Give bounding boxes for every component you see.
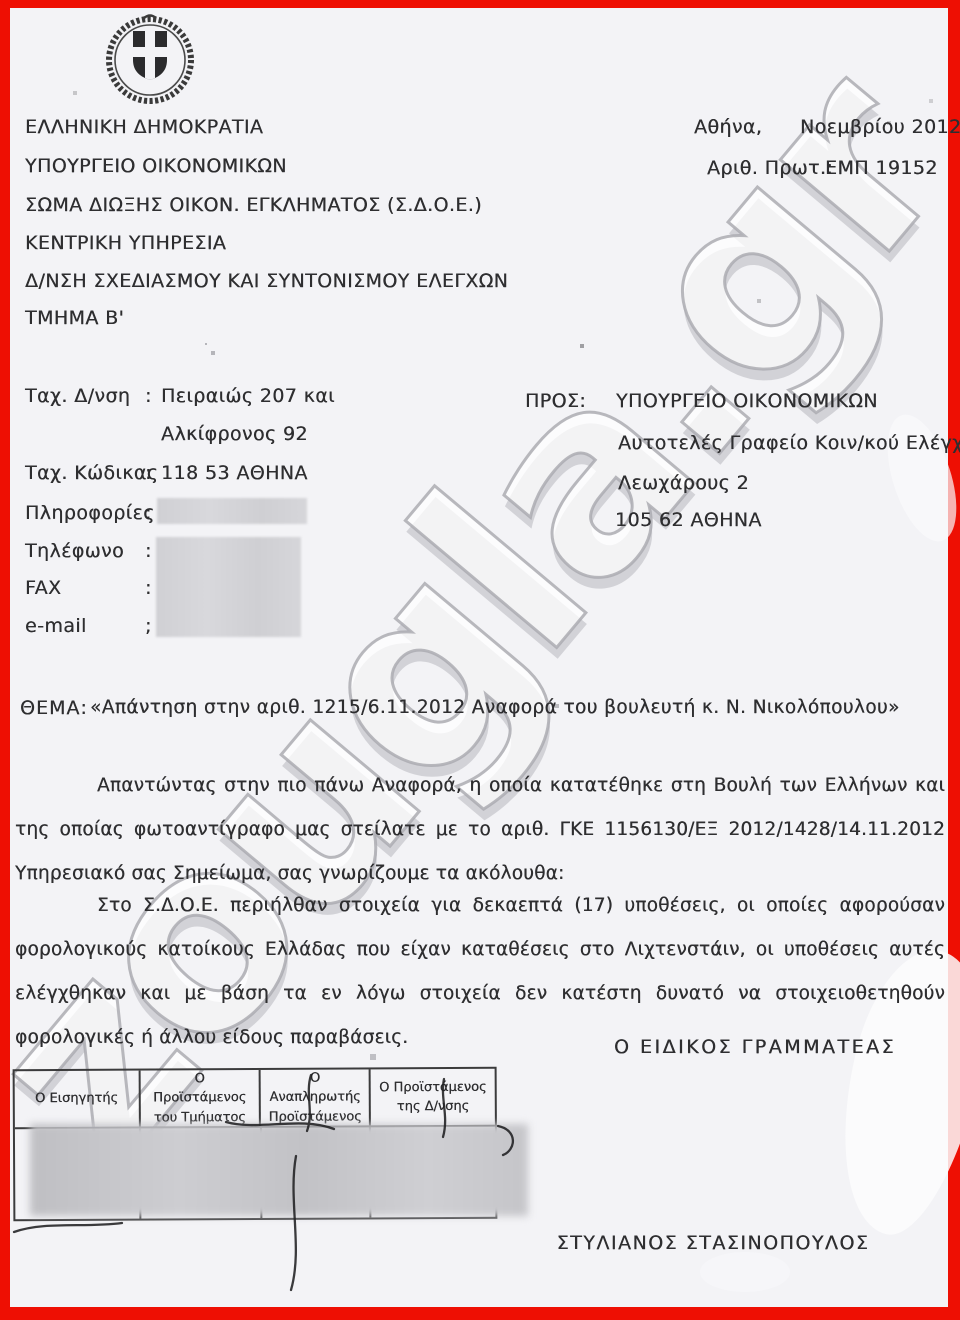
greek-emblem-icon <box>100 8 200 108</box>
field-label: Πληροφορίες <box>25 502 145 524</box>
sender-row: FAX: <box>25 577 161 599</box>
recipient-label: ΠΡΟΣ: <box>525 390 586 412</box>
header-line: ΥΠΟΥΡΓΕΙΟ ΟΙΚΟΝΟΜΙΚΩΝ <box>25 155 287 177</box>
date-value: Νοεμβρίου 2012 <box>800 116 960 138</box>
sender-row: Ταχ. Δ/νση:Πειραιώς 207 και <box>25 385 335 407</box>
approval-column-eisigitis: Ο Εισηγητής <box>15 1071 141 1128</box>
body-paragraph-1: Απαντώντας στην πιο πάνω Αναφορά, η οποί… <box>15 764 945 896</box>
field-value: 118 53 ΑΘΗΝΑ <box>161 462 308 484</box>
header-line: ΕΛΛΗΝΙΚΗ ΔΗΜΟΚΡΑΤΙΑ <box>25 116 263 138</box>
header-line: ΚΕΝΤΡΙΚΗ ΥΠΗΡΕΣΙΑ <box>25 232 226 254</box>
field-label: Ταχ. Δ/νση <box>25 385 145 407</box>
approval-column-proistamenos-tmimatos: Ο Προϊστάμενος του Τμήματος <box>140 1070 261 1127</box>
sender-row: Πληροφορίες: <box>25 502 161 524</box>
recipient-line: 105 62 ΑΘΗΝΑ <box>615 509 762 531</box>
header-line: Δ/ΝΣΗ ΣΧΕΔΙΑΣΜΟΥ ΚΑΙ ΣΥΝΤΟΝΙΣΜΟΥ ΕΛΕΓΧΩΝ <box>25 270 508 292</box>
sender-row: Αλκίφρονος 92 <box>25 423 308 445</box>
field-value: Πειραιώς 207 και <box>161 385 335 407</box>
sender-row: e-mail; <box>25 615 161 637</box>
protocol-label: Αριθ. Πρωτ.: <box>707 157 833 179</box>
redaction-box-phone-fax-email <box>156 537 301 637</box>
header-line: ΤΜΗΜΑ Β' <box>25 307 124 329</box>
protocol-number: ΕΜΠ 19152 <box>825 157 938 179</box>
redaction-blur-signatures <box>30 1124 528 1216</box>
approval-table-header: Ο Εισηγητής Ο Προϊστάμενος του Τμήματος … <box>15 1069 495 1130</box>
field-label: Τηλέφωνο <box>25 540 145 562</box>
redaction-box-informant <box>157 498 307 524</box>
subject-label: ΘΕΜΑ: <box>20 697 88 719</box>
recipient-line: Αυτοτελές Γραφείο Κοιν/κού Ελέγχου <box>618 432 960 454</box>
signatory-role: Ο ΕΙΔΙΚΟΣ ΓΡΑΜΜΑΤΕΑΣ <box>575 1036 935 1058</box>
field-label: Ταχ. Κώδικας <box>25 462 145 484</box>
field-label: e-mail <box>25 615 145 637</box>
field-value: Αλκίφρονος 92 <box>161 423 308 445</box>
field-label: FAX <box>25 577 145 599</box>
city-label: Αθήνα, <box>694 116 762 138</box>
recipient-line: ΥΠΟΥΡΓΕΙΟ ΟΙΚΟΝΟΜΙΚΩΝ <box>616 390 878 412</box>
letter-content: ΕΛΛΗΝΙΚΗ ΔΗΜΟΚΡΑΤΙΑ ΥΠΟΥΡΓΕΙΟ ΟΙΚΟΝΟΜΙΚΩ… <box>0 0 960 1320</box>
signatory-name: ΣΤΥΛΙΑΝΟΣ ΣΤΑΣΙΝΟΠΟΥΛΟΣ <box>548 1232 878 1254</box>
body-paragraph-2: Στο Σ.Δ.Ο.Ε. περιήλθαν στοιχεία για δεκα… <box>15 884 945 1060</box>
subject-text: «Απάντηση στην αριθ. 1215/6.11.2012 Αναφ… <box>90 697 900 718</box>
scanned-letter-frame: zougla.gr ΕΛΛΗΝΙΚΗ ΔΗΜΟΚΡΑΤΙΑ ΥΠΟΥΡΓΕΙΟ … <box>0 0 960 1320</box>
approval-column-proistamenos-dnsis: Ο Προϊστάμενος της Δ/νσης <box>371 1069 495 1126</box>
approval-column-anaplirotis: Ο Αναπληρωτής Προϊστάμενος <box>261 1069 371 1126</box>
sender-row: Τηλέφωνο: <box>25 540 161 562</box>
sender-row: Ταχ. Κώδικας:118 53 ΑΘΗΝΑ <box>25 462 308 484</box>
recipient-line: Λεωχάρους 2 <box>618 472 749 494</box>
header-line: ΣΩΜΑ ΔΙΩΞΗΣ ΟΙΚΟΝ. ΕΓΚΛΗΜΑΤΟΣ (Σ.Δ.Ο.Ε.) <box>25 194 482 216</box>
